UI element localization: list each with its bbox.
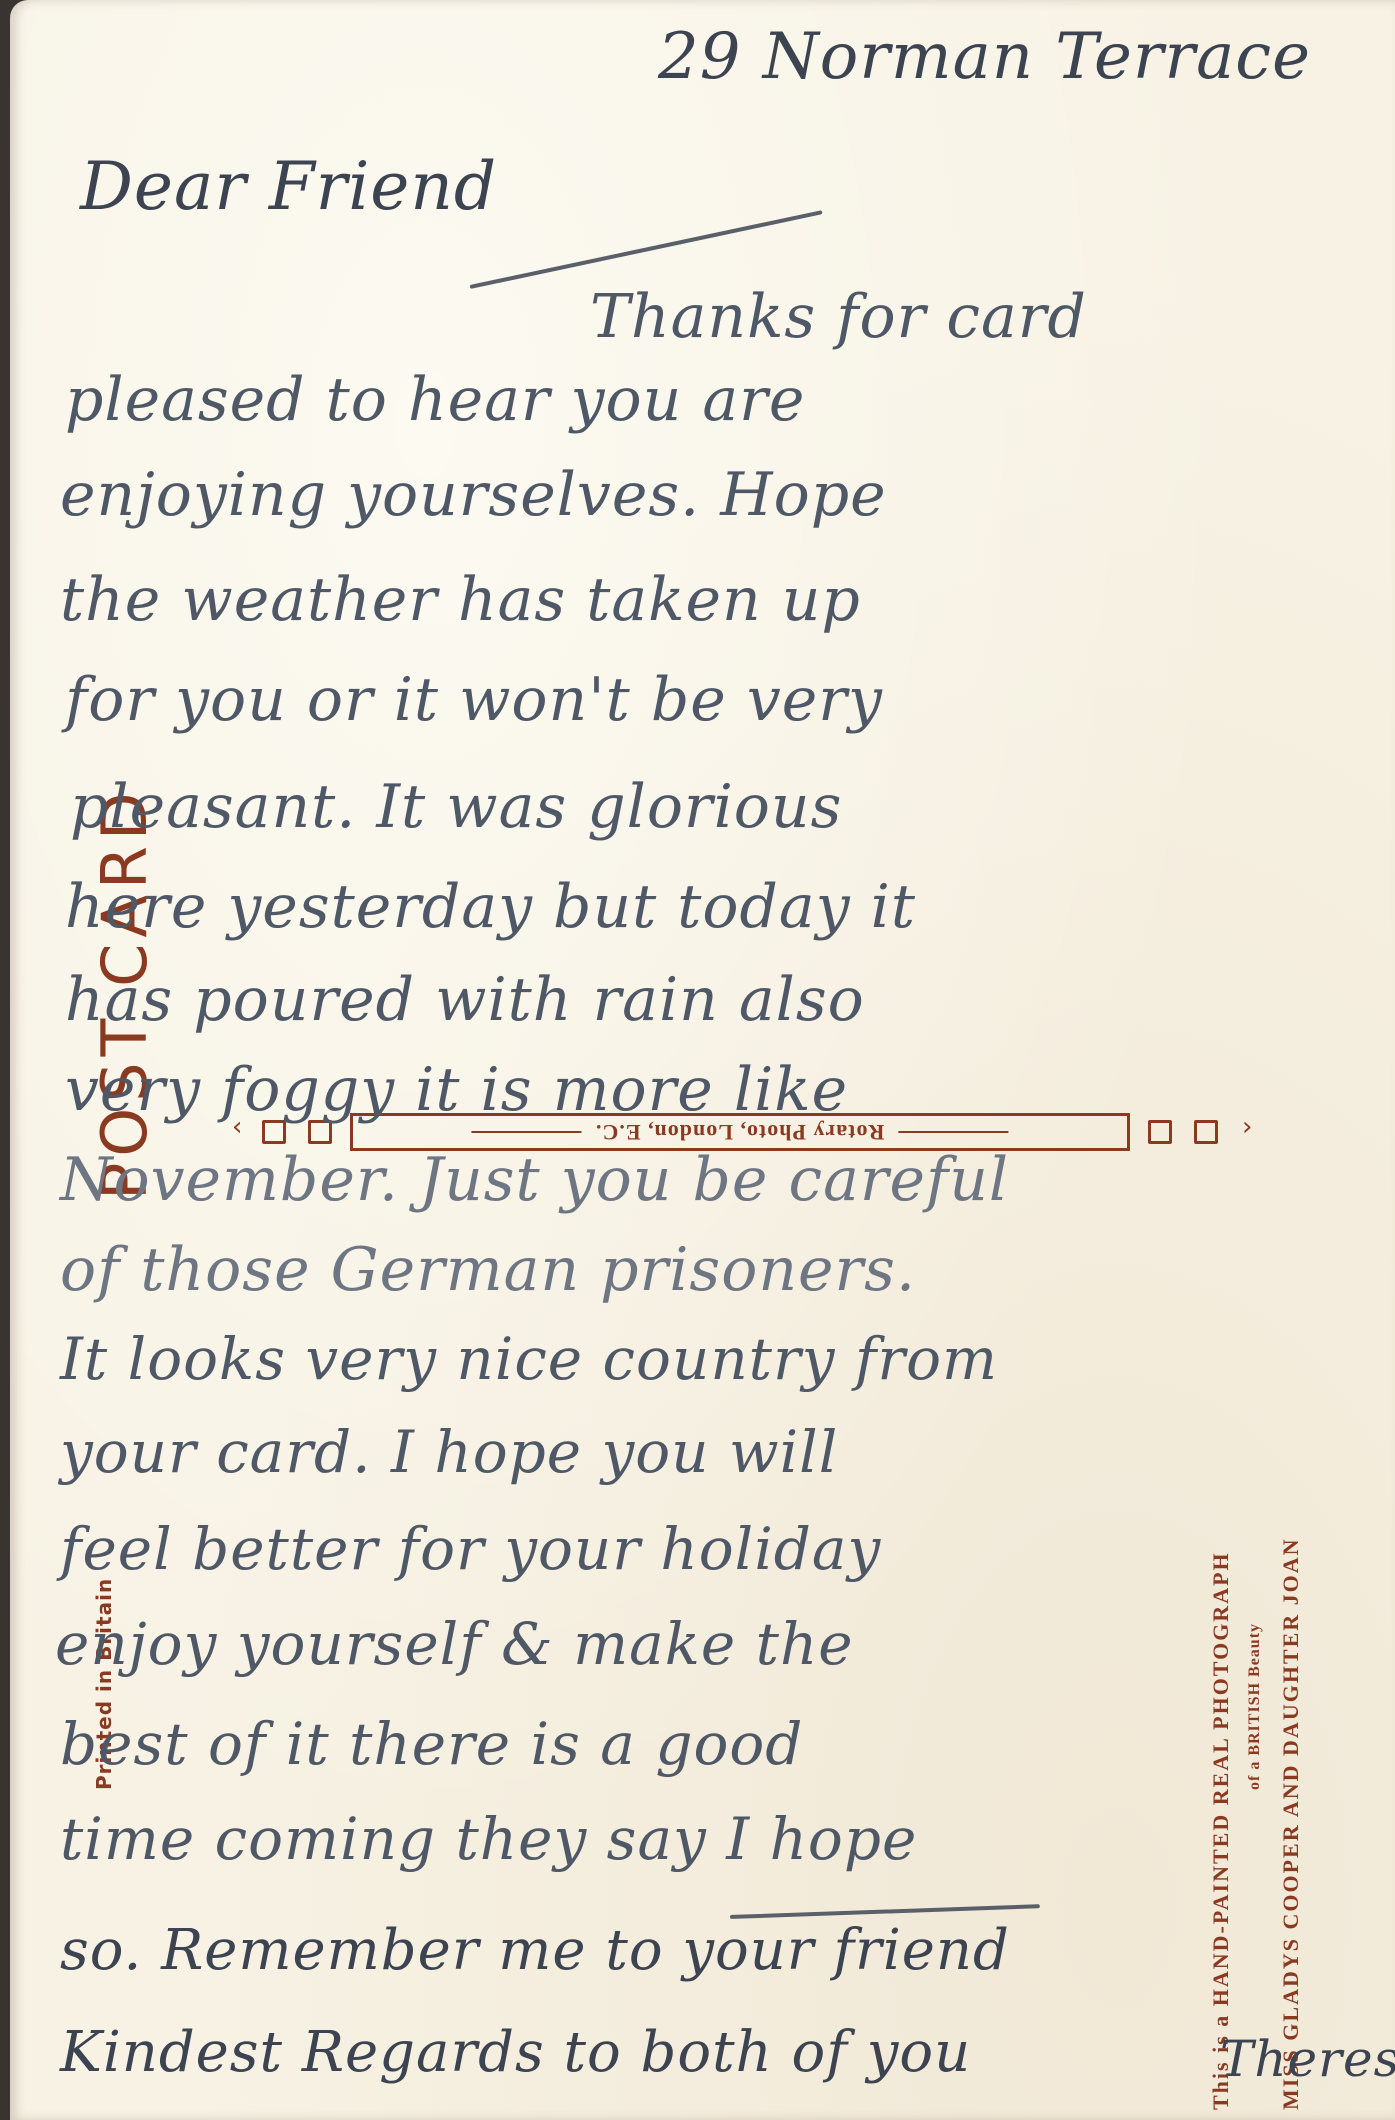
stamp-corner-mark <box>1148 1120 1172 1144</box>
postcard-back: POST CARD Printed in Britain ‹ Rotary Ph… <box>10 0 1395 2120</box>
signature: Theresa <box>1220 2030 1395 2088</box>
address: 29 Norman Terrace <box>658 20 1311 94</box>
they-say-underline <box>730 1904 1040 1919</box>
photo-caption-line2: of a BRITISH Beauty <box>1246 1623 1264 1790</box>
letter-line: Thanks for card <box>590 282 1087 352</box>
closing-line: Kindest Regards to both of you <box>60 2020 971 2085</box>
letter-line: feel better for your holiday <box>60 1515 881 1583</box>
stamp-corner-mark <box>1194 1120 1218 1144</box>
photo-caption-line1: This is a HAND-PAINTED REAL PHOTOGRAPH <box>1208 1551 1234 2110</box>
letter-line: the weather has taken up <box>60 565 861 635</box>
chevron-right-icon: › <box>1242 1112 1252 1142</box>
salutation: Dear Friend <box>80 148 497 225</box>
letter-line: enjoying yourselves. Hope <box>60 460 887 530</box>
letter-line: best of it there is a good <box>60 1710 803 1778</box>
letter-line: so. Remember me to your friend <box>60 1918 1010 1983</box>
letter-line: pleased to hear you are <box>65 365 805 435</box>
letter-line: for you or it won't be very <box>65 665 883 735</box>
photo-caption-line3: MISS GLADYS COOPER AND DAUGHTER JOAN <box>1278 1537 1304 2110</box>
letter-line: your card. I hope you will <box>60 1418 838 1486</box>
letter-line: time coming they say I hope <box>60 1805 917 1873</box>
divider <box>471 1131 581 1133</box>
letter-line: here yesterday but today it <box>65 872 916 942</box>
letter-line: of those German prisoners. <box>60 1235 916 1305</box>
letter-line: very foggy it is more like <box>65 1055 848 1125</box>
letter-line: enjoy yourself & make the <box>55 1610 854 1678</box>
salutation-underline <box>470 210 823 289</box>
divider <box>899 1131 1009 1133</box>
letter-line: It looks very nice country from <box>60 1325 998 1393</box>
letter-line: has poured with rain also <box>65 965 865 1035</box>
letter-line: November. Just you be careful <box>60 1145 1009 1215</box>
letter-line: pleasant. It was glorious <box>70 772 842 842</box>
